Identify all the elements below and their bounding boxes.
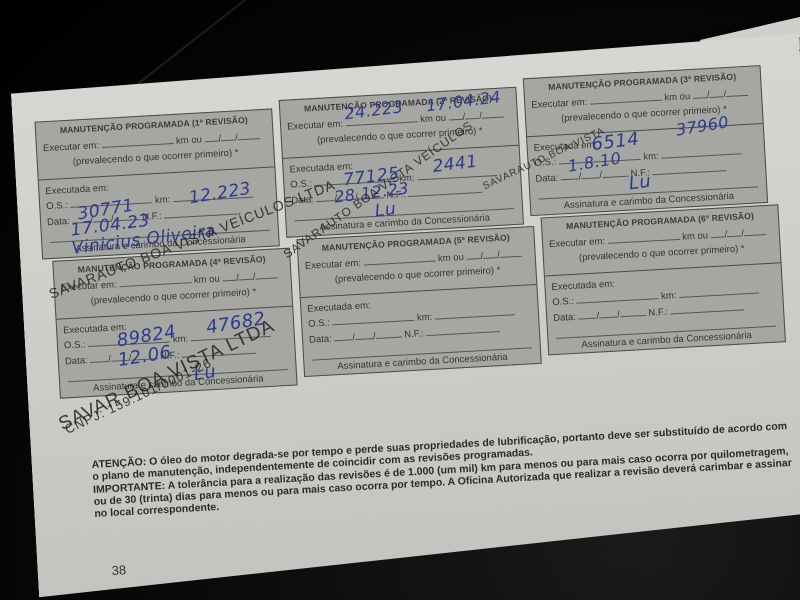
km-or-label: km ou — [664, 91, 690, 103]
date-label: Data: — [309, 333, 332, 345]
execute-label: Executar em: — [531, 97, 587, 111]
execute-year-field[interactable] — [237, 129, 260, 140]
execute-year-field[interactable] — [255, 268, 278, 279]
os-field[interactable] — [576, 289, 658, 304]
execute-day-field[interactable] — [204, 131, 219, 142]
execute-year-field[interactable] — [726, 86, 749, 97]
execute-month-field[interactable] — [221, 131, 236, 142]
os-label: O.S.: — [308, 318, 330, 330]
date-year-field[interactable] — [619, 306, 646, 317]
execute-label: Executar em: — [305, 258, 361, 272]
execute-month-field[interactable] — [727, 226, 742, 237]
km-label: km: — [661, 290, 677, 302]
execute-label: Executar em: — [549, 236, 605, 250]
maintenance-box-5: MANUTENÇÃO PROGRAMADA (5ª REVISÃO) Execu… — [296, 226, 541, 377]
os-label: O.S.: — [64, 339, 86, 351]
execute-day-field[interactable] — [222, 271, 237, 282]
execute-month-field[interactable] — [483, 248, 498, 259]
handwritten-signature-3: Lu — [628, 171, 653, 195]
os-label: O.S.: — [552, 296, 574, 308]
nf-field[interactable] — [426, 322, 500, 336]
km-field[interactable] — [661, 144, 741, 158]
page-number: 38 — [111, 562, 126, 578]
date-year-field[interactable] — [375, 328, 402, 339]
nf-field[interactable] — [408, 183, 482, 197]
execute-month-field[interactable] — [239, 270, 254, 281]
maintenance-box-3: MANUTENÇÃO PROGRAMADA (3ª REVISÃO) Execu… — [523, 65, 768, 216]
box-body: Executada em: O.S.: km: Data: // N.F.: A… — [545, 263, 785, 354]
km-or-label: km ou — [194, 274, 220, 286]
nf-field[interactable] — [652, 161, 726, 175]
execute-km-field[interactable] — [119, 273, 191, 287]
nf-field[interactable] — [670, 300, 744, 314]
execute-month-field[interactable] — [709, 87, 724, 98]
execute-year-field[interactable] — [743, 225, 766, 236]
nf-label: N.F.: — [404, 328, 424, 340]
maintenance-box-6: MANUTENÇÃO PROGRAMADA (6ª REVISÃO) Execu… — [541, 204, 786, 355]
execute-day-field[interactable] — [692, 88, 707, 99]
execute-km-field[interactable] — [607, 230, 679, 244]
notes-section: ATENÇÃO: O óleo do motor degrada-se por … — [91, 420, 793, 520]
date-month-field[interactable] — [599, 307, 618, 318]
handwritten-signature-2: Lu — [374, 199, 398, 222]
execute-km-field[interactable] — [589, 91, 661, 105]
date-day-field[interactable] — [90, 352, 109, 363]
execute-day-field[interactable] — [710, 227, 725, 238]
date-month-field[interactable] — [355, 329, 374, 340]
date-day-field[interactable] — [578, 309, 597, 320]
km-label: km: — [417, 312, 433, 324]
execute-km-field[interactable] — [363, 252, 435, 266]
date-day-field[interactable] — [334, 330, 353, 341]
maintenance-grid: MANUTENÇÃO PROGRAMADA (1ª REVISÃO) Execu… — [34, 81, 777, 411]
os-field[interactable] — [332, 311, 414, 326]
km-field[interactable] — [434, 305, 514, 319]
os-label: O.S.: — [46, 200, 68, 212]
date-label: Data: — [535, 173, 558, 185]
km-label: km: — [155, 194, 171, 206]
km-or-label: km ou — [176, 134, 202, 146]
km-field[interactable] — [679, 284, 759, 298]
execute-km-field[interactable] — [101, 134, 173, 148]
execute-day-field[interactable] — [466, 249, 481, 260]
execute-label: Executar em: — [287, 118, 343, 132]
date-label: Data: — [65, 355, 88, 367]
box-body: Executada em: O.S.: km: Data: // N.F.: A… — [301, 285, 541, 376]
km-label: km: — [643, 151, 659, 163]
execute-year-field[interactable] — [481, 108, 504, 119]
date-label: Data: — [47, 216, 70, 228]
booklet-page: MANUTENÇÃO PROGRAMADA (1ª REVISÃO) Execu… — [10, 34, 800, 597]
nf-label: N.F.: — [648, 307, 668, 319]
km-or-label: km ou — [438, 252, 464, 264]
date-label: Data: — [553, 312, 576, 324]
execute-label: Executar em: — [43, 140, 99, 154]
km-or-label: km ou — [682, 230, 708, 242]
box-body: Executada em: O.S.: km: Data: // N.F.: A… — [527, 124, 767, 215]
execute-year-field[interactable] — [499, 247, 522, 258]
